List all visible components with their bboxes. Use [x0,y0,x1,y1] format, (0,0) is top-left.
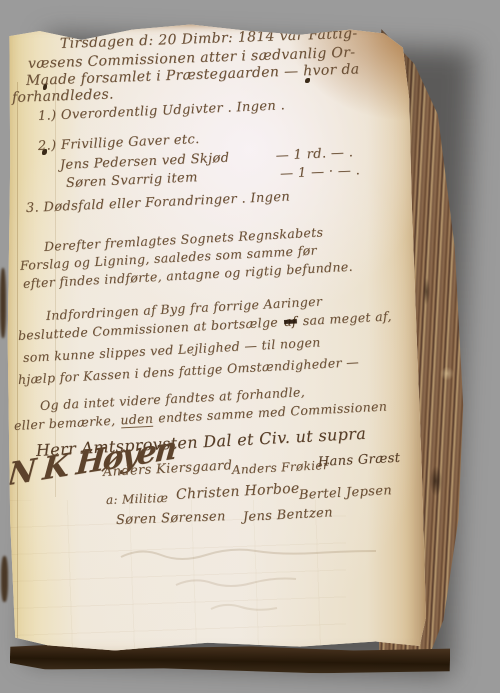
donor-name: Jens Pedersen ved Skjød [60,151,230,173]
crossed-out-word: af [284,313,298,329]
signature-prefix: a: Militiæ [106,492,169,508]
photograph-of-protocol-book: Tirsdagen d: 20 Dimbr: 1814 var Fattig- … [0,0,500,693]
agenda-item-3: 3. Dødsfald eller Forandringer . Ingen [26,190,291,216]
barley-line-2-post: saa meget af, [302,308,392,328]
left-page-sliver [0,268,6,338]
signature-name: Bertel Jepsen [299,484,393,504]
signature-name: Anders Frøkier [232,459,330,478]
left-page-sliver [1,556,8,602]
donor-name: Søren Svarrig item [66,170,198,191]
agenda-item-2: 2.) Frivillige Gaver etc. [38,133,200,155]
bleed-through-marks [116,537,386,627]
donation-amount: — 1 rd. — . [275,146,353,164]
opening-line-4: forhandledes. [12,86,114,106]
manuscript-page: Tirsdagen d: 20 Dimbr: 1814 var Fattig- … [6,22,426,662]
underlined-word: uden [120,411,154,429]
closing-line-2-pre: eller bemærke, [14,413,116,433]
signature-name: Hans Græst [318,452,401,471]
donation-amount: — 1 — · — . [280,164,361,182]
